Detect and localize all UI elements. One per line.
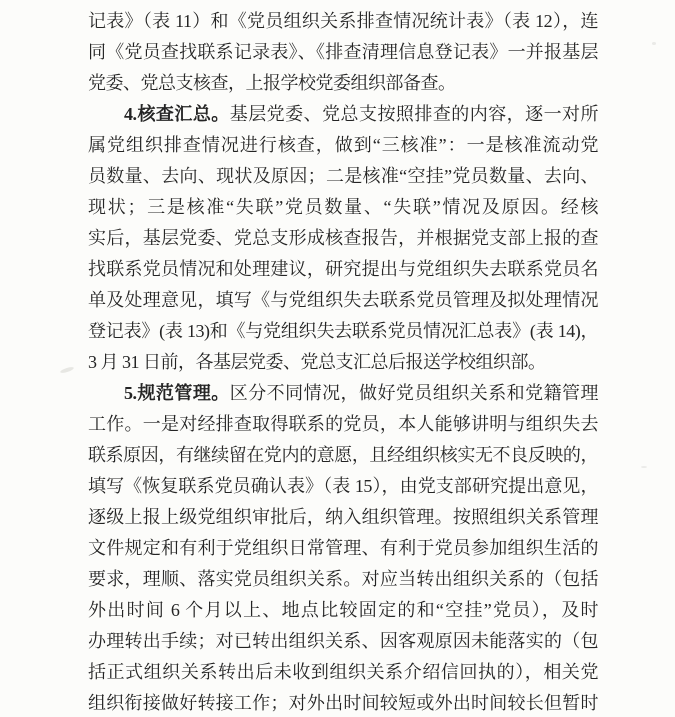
- text-line: 属党组织排查情况进行核查，做到“三核准”：一是核准流动党: [88, 130, 598, 161]
- text-line: 实后，基层党委、党总支形成核查报告，并根据党支部上报的查: [88, 223, 598, 254]
- text-run: 员数量、去向、现状及原因；二是核准“空挂”党员数量、去向、: [88, 166, 598, 186]
- text-line: 登记表》(表 13)和《与党组织失去联系党员情况汇总表》(表 14)，: [88, 316, 598, 347]
- scanned-document-page: 记表》（表 11）和《党员组织关系排查情况统计表》（表 12），连同《党员查找联…: [0, 0, 675, 717]
- text-run: 组织衔接做好转接工作；对外出时间较短或外出时间较长但暂时: [88, 693, 598, 713]
- text-line: 单及处理意见，填写《与党组织失去联系党员管理及拟处理情况: [88, 285, 598, 316]
- text-run: 逐级上报上级党组织审批后，纳入组织管理。按照组织关系管理: [88, 507, 598, 527]
- text-line: 要求，理顺、落实党员组织关系。对应当转出组织关系的（包括: [88, 564, 598, 595]
- section-heading-run: 4.核查汇总。: [124, 104, 230, 124]
- text-run: 基层党委、党总支按照排查的内容，逐一对所: [230, 104, 598, 124]
- text-line: 找联系党员情况和处理建议，研究提出与党组织失去联系党员名: [88, 254, 598, 285]
- text-run: 记表》（表 11）和《党员组织关系排查情况统计表》（表 12），连: [88, 11, 598, 31]
- text-line: 现状；三是核准“失联”党员数量、“失联”情况及原因。经核: [88, 192, 598, 223]
- text-line: 联系原因，有继续留在党内的意愿，且经组织核实无不良反映的，: [88, 440, 598, 471]
- text-line: 5.规范管理。区分不同情况，做好党员组织关系和党籍管理: [88, 378, 598, 409]
- text-line: 党委、党总支核查，上报学校党委组织部备查。: [88, 68, 598, 99]
- text-line: 组织衔接做好转接工作；对外出时间较短或外出时间较长但暂时: [88, 688, 598, 717]
- text-run: 登记表》(表 13)和《与党组织失去联系党员情况汇总表》(表 14)，: [88, 321, 598, 341]
- text-run: 工作。一是对经排查取得联系的党员，本人能够讲明与组织失去: [88, 414, 598, 434]
- text-line: 办理转出手续；对已转出组织关系、因客观原因未能落实的（包: [88, 626, 598, 657]
- text-run: 文件规定和有利于党组织日常管理、有利于党员参加组织生活的: [88, 538, 598, 558]
- text-run: 属党组织排查情况进行核查，做到“三核准”：一是核准流动党: [88, 135, 598, 155]
- text-line: 文件规定和有利于党组织日常管理、有利于党员参加组织生活的: [88, 533, 598, 564]
- text-line: 括正式组织关系转出后未收到组织关系介绍信回执的），相关党: [88, 657, 598, 688]
- text-run: 区分不同情况，做好党员组织关系和党籍管理: [230, 383, 598, 403]
- text-run: 要求，理顺、落实党员组织关系。对应当转出组织关系的（包括: [88, 569, 598, 589]
- text-run: 党委、党总支核查，上报学校党委组织部备查。: [88, 73, 456, 93]
- text-line: 填写《恢复联系党员确认表》（表 15），由党支部研究提出意见，: [88, 471, 598, 502]
- text-line: 员数量、去向、现状及原因；二是核准“空挂”党员数量、去向、: [88, 161, 598, 192]
- scan-speck: [652, 42, 656, 45]
- text-run: 找联系党员情况和处理建议，研究提出与党组织失去联系党员名: [88, 259, 598, 279]
- text-line: 工作。一是对经排查取得联系的党员，本人能够讲明与组织失去: [88, 409, 598, 440]
- scan-speck: [641, 466, 647, 468]
- text-run: 单及处理意见，填写《与党组织失去联系党员管理及拟处理情况: [88, 290, 598, 310]
- text-run: 现状；三是核准“失联”党员数量、“失联”情况及原因。经核: [88, 197, 598, 217]
- text-run: 实后，基层党委、党总支形成核查报告，并根据党支部上报的查: [88, 228, 598, 248]
- text-run: 括正式组织关系转出后未收到组织关系介绍信回执的），相关党: [88, 662, 598, 682]
- section-heading-run: 5.规范管理。: [124, 383, 230, 403]
- text-run: 同《党员查找联系记录表》、《排查清理信息登记表》一并报基层: [88, 42, 598, 62]
- text-run: 办理转出手续；对已转出组织关系、因客观原因未能落实的（包: [88, 631, 598, 651]
- scan-speck: [60, 366, 75, 374]
- document-text-block: 记表》（表 11）和《党员组织关系排查情况统计表》（表 12），连同《党员查找联…: [88, 6, 598, 717]
- text-line: 同《党员查找联系记录表》、《排查清理信息登记表》一并报基层: [88, 37, 598, 68]
- text-run: 联系原因，有继续留在党内的意愿，且经组织核实无不良反映的，: [88, 445, 598, 465]
- text-line: 逐级上报上级党组织审批后，纳入组织管理。按照组织关系管理: [88, 502, 598, 533]
- text-run: 外出时间 6 个月以上、地点比较固定的和“空挂”党员），及时: [88, 600, 598, 620]
- text-line: 外出时间 6 个月以上、地点比较固定的和“空挂”党员），及时: [88, 595, 598, 626]
- text-run: 填写《恢复联系党员确认表》（表 15），由党支部研究提出意见，: [88, 476, 598, 496]
- text-run: 3 月 31 日前，各基层党委、党总支汇总后报送学校组织部。: [88, 352, 546, 372]
- text-line: 记表》（表 11）和《党员组织关系排查情况统计表》（表 12），连: [88, 6, 598, 37]
- text-line: 4.核查汇总。基层党委、党总支按照排查的内容，逐一对所: [88, 99, 598, 130]
- text-line: 3 月 31 日前，各基层党委、党总支汇总后报送学校组织部。: [88, 347, 598, 378]
